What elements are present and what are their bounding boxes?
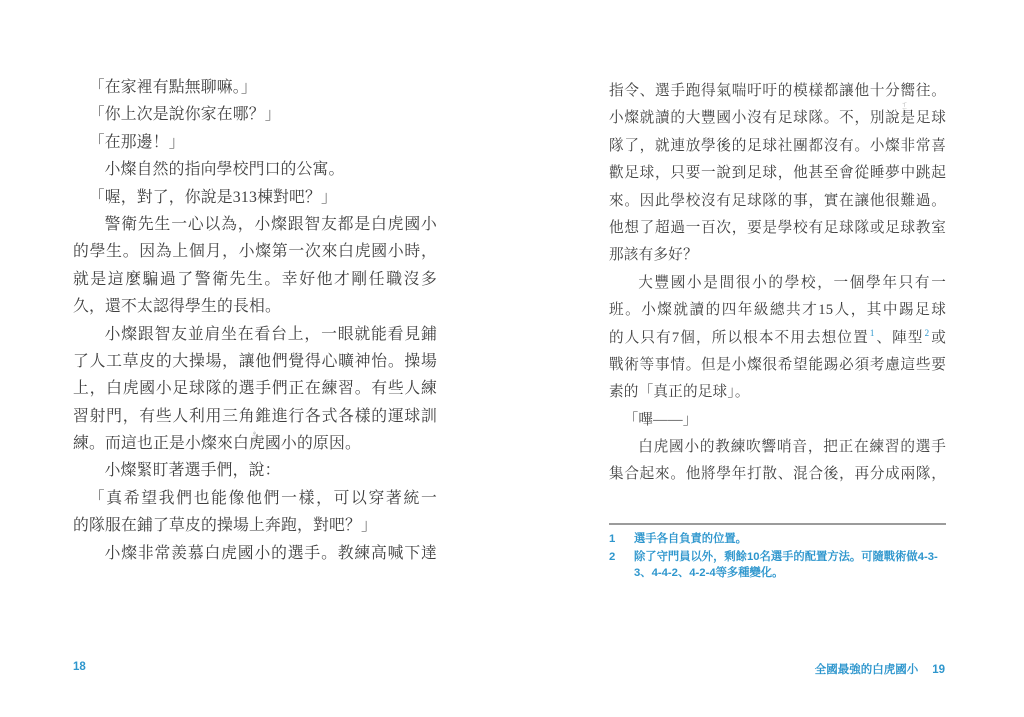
text-line: 就是這麼騙過了警衛先生。幸好他才剛任職沒多 [73,266,437,293]
text-line: 小燦跟智友並肩坐在看台上，一眼就能看見鋪 [73,321,437,348]
text-line: 「在那邊！」 [73,129,437,156]
text-line: 那該有多好？ [609,242,946,269]
text-line: 指令、選手跑得氣喘吁吁的模樣都讓他十分嚮往。 [609,78,946,105]
text-line: 「你上次是說你家在哪？」 [73,101,437,128]
text-line: 「真希望我們也能像他們一樣，可以穿著統一 [73,485,437,512]
text-line: 戰術等事情。但是小燦很希望能踢必須考慮這些要 [609,352,946,379]
text-line: 集合起來。他將學年打散、混合後，再分成兩隊， [609,461,946,488]
text-line-with-footnote-refs: 的人只有7個，所以根本不用去想位置1、陣型2或 [609,325,946,352]
text-line: 上，白虎國小足球隊的選手們正在練習。有些人練 [73,375,437,402]
text-line: 久，還不太認得學生的長相。 [73,293,437,320]
text-line: 「在家裡有點無聊嘛。」 [73,74,437,101]
text-line: 他想了超過一百次，要是學校有足球隊或足球教室 [609,215,946,242]
text-segment: 或 [930,330,946,346]
page-number-left: 18 [73,661,86,673]
zhuyin-annotation: ㄒㄧㄤˋ [900,101,906,116]
text-segment: 的人只有7個，所以根本不用去想位置 [609,330,869,346]
footnote-ref-2: 2 [925,328,930,338]
text-line: 「喔，對了，你說是313棟對吧？」 [73,184,437,211]
footnote-number: 2 [609,549,623,566]
text-line: 歡足球，只要一說到足球，他甚至會從睡夢中跳起 [609,160,946,187]
text-line: 隊了，就連放學後的足球社團都沒有。小燦非常喜 [609,133,946,160]
footnote-ref-1: 1 [870,328,875,338]
footnote-text: 選手各自負責的位置。 [634,531,949,548]
text-line: 素的「真正的足球」。 [609,379,946,406]
page-number-right: 19 [932,664,945,676]
page-right-text: 指令、選手跑得氣喘吁吁的模樣都讓他十分嚮往。 小燦就讀的大豐國小沒有足球隊。不，… [609,78,946,489]
text-line: 的隊服在鋪了草皮的操場上奔跑，對吧？」 [73,512,437,539]
footnote-text: 除了守門員以外，剩餘10名選手的配置方法。可隨戰術做4-3-3、4-4-2、4-… [634,549,949,582]
running-footer-title: 全國最強的白虎國小 [815,661,919,677]
zhuyin-annotation: ㄎㄨㄤˋ [322,378,328,394]
footnote-number: 1 [609,531,623,548]
text-line: 白虎國小的教練吹響哨音，把正在練習的選手 [609,434,946,461]
running-footer-right: 全國最強的白虎國小 19 [815,661,945,677]
footnote-divider [609,523,946,525]
footnotes: 1 選手各自負責的位置。 2 除了守門員以外，剩餘10名選手的配置方法。可隨戰術… [609,531,949,583]
text-line: 的學生。因為上個月，小燦第一次來白虎國小時， [73,238,437,265]
footnote-item: 2 除了守門員以外，剩餘10名選手的配置方法。可隨戰術做4-3-3、4-4-2、… [609,549,949,582]
page-left-text: 「在家裡有點無聊嘛。」 「你上次是說你家在哪？」 「在那邊！」 小燦自然的指向學… [73,74,437,567]
text-line: 來。因此學校沒有足球隊的事，實在讓他很難過。 [609,188,946,215]
text-line: 小燦就讀的大豐國小沒有足球隊。不，別說是足球 [609,105,946,132]
text-line: 習射門，有些人利用三角錐進行各式各樣的運球訓 [73,403,437,430]
book-spread: 「在家裡有點無聊嘛。」 「你上次是說你家在哪？」 「在那邊！」 小燦自然的指向學… [0,0,1024,717]
zhuyin-annotation: ㄓㄨㄟ [250,430,256,445]
text-line: 小燦自然的指向學校門口的公寓。 [73,156,437,183]
text-line: 班。小燦就讀的四年級總共才15人，其中踢足球 [609,297,946,324]
text-line: 小燦緊盯著選手們，說： [73,457,437,484]
text-line: 了人工草皮的大操場，讓他們覺得心曠神怡。操場 [73,348,437,375]
text-segment: 、陣型 [876,330,924,346]
text-line: 小燦非常羨慕白虎國小的選手。教練高喊下達 [73,540,437,567]
text-line: 大豐國小是間很小的學校，一個學年只有一 [609,270,946,297]
text-line: 「嗶——」 [609,407,946,434]
footnote-item: 1 選手各自負責的位置。 [609,531,949,548]
text-line: 警衛先生一心以為，小燦跟智友都是白虎國小 [73,211,437,238]
